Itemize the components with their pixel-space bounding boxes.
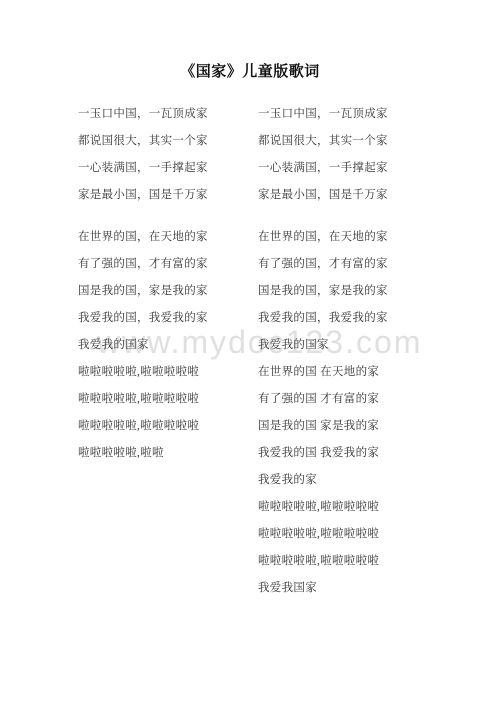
lyric-line: 我爱我的国，我爱我的家 (78, 305, 208, 332)
lyric-line: 国是我的国 家是我的家 (258, 413, 388, 440)
lyric-line: 啦啦啦啦啦,啦啦啦啦啦 (258, 521, 388, 548)
lyric-line: 在世界的国，在天地的家 (258, 224, 388, 251)
lyric-line: 啦啦啦啦啦,啦啦啦啦啦 (78, 386, 208, 413)
lyric-line: 一心装满国，一手撑起家 (258, 155, 388, 182)
page-title: 《国家》儿童版歌词 (0, 60, 500, 81)
lyric-line: 我爱我的国家 (78, 332, 208, 359)
lyrics-column-right: 一玉口中国，一瓦顶成家 都说国很大，其实一个家 一心装满国，一手撑起家 家是最小… (258, 101, 388, 602)
lyric-line: 都说国很大，其实一个家 (78, 128, 208, 155)
lyric-line: 有了强的国，才有富的家 (78, 251, 208, 278)
lyric-line: 一玉口中国，一瓦顶成家 (258, 101, 388, 128)
lyric-line: 我爱我国家 (258, 575, 388, 602)
lyric-line: 在世界的国 在天地的家 (258, 359, 388, 386)
lyric-line: 我爱我的家 (258, 467, 388, 494)
lyric-line: 一心装满国，一手撑起家 (78, 155, 208, 182)
lyric-line: 啦啦啦啦啦,啦啦啦啦啦 (78, 359, 208, 386)
lyric-line: 我爱我的国家 (258, 332, 388, 359)
lyric-line: 一玉口中国，一瓦顶成家 (78, 101, 208, 128)
lyric-line: 有了强的国，才有富的家 (258, 251, 388, 278)
document-page: www.mydoc123.com 《国家》儿童版歌词 一玉口中国，一瓦顶成家 都… (0, 0, 500, 708)
lyric-line: 家是最小国，国是千万家 (258, 182, 388, 209)
lyric-line: 啦啦啦啦啦,啦啦 (78, 440, 208, 467)
lyric-line: 家是最小国，国是千万家 (78, 182, 208, 209)
lyric-line: 我爱我的国，我爱我的家 (258, 305, 388, 332)
lyrics-column-left: 一玉口中国，一瓦顶成家 都说国很大，其实一个家 一心装满国，一手撑起家 家是最小… (78, 101, 208, 467)
lyric-line: 在世界的国，在天地的家 (78, 224, 208, 251)
lyric-line: 啦啦啦啦啦,啦啦啦啦啦 (258, 548, 388, 575)
lyric-line: 都说国很大，其实一个家 (258, 128, 388, 155)
lyric-line: 国是我的国，家是我的家 (258, 278, 388, 305)
lyric-line: 啦啦啦啦啦,啦啦啦啦啦 (258, 494, 388, 521)
lyric-line: 有了强的国 才有富的家 (258, 386, 388, 413)
lyric-line: 我爱我的国 我爱我的家 (258, 440, 388, 467)
lyric-line: 国是我的国，家是我的家 (78, 278, 208, 305)
lyric-line: 啦啦啦啦啦,啦啦啦啦啦 (78, 413, 208, 440)
